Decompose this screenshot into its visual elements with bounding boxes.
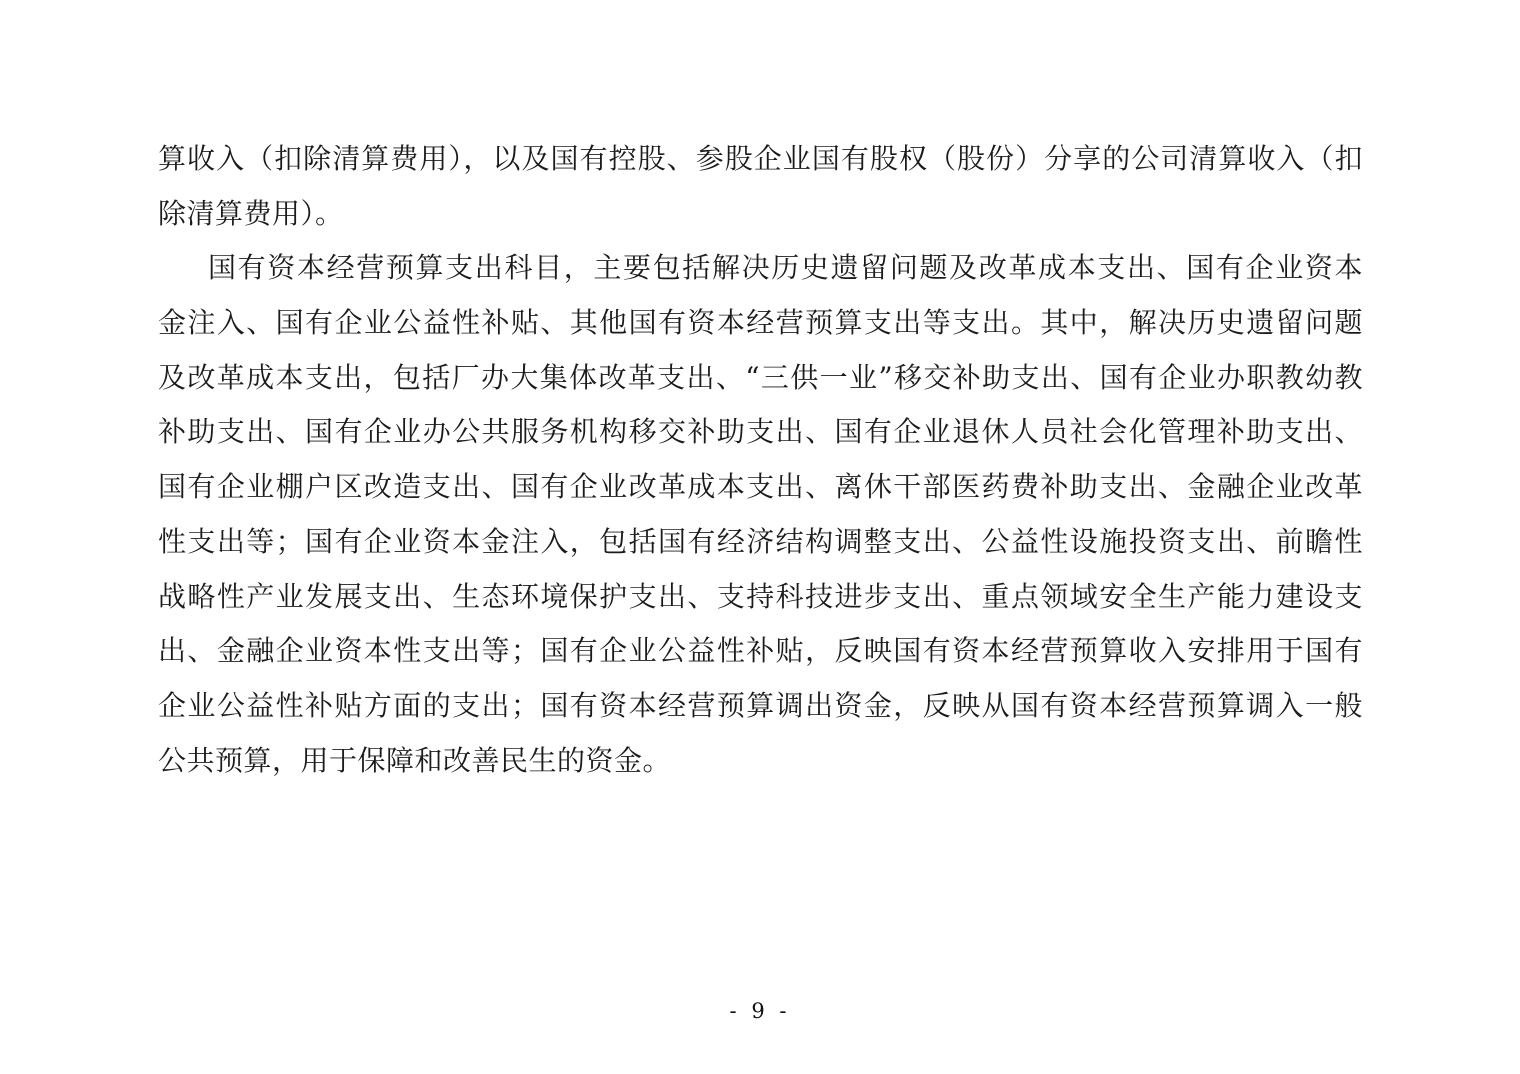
text-line-5: 及改革成本支出，包括厂办大集体改革支出、“三供一业”移交补助支出、国有企业办职教… <box>158 351 1363 406</box>
text-line-3: 国有资本经营预算支出科目，主要包括解决历史遗留问题及改革成本支出、国有企业资本 <box>158 241 1363 296</box>
text-line-6: 补助支出、国有企业办公共服务机构移交补助支出、国有企业退休人员社会化管理补助支出… <box>158 405 1363 460</box>
text-line-7: 国有企业棚户区改造支出、国有企业改革成本支出、离休干部医药费补助支出、金融企业改… <box>158 460 1363 515</box>
document-page: 算收入（扣除清算费用），以及国有控股、参股企业国有股权（股份）分享的公司清算收入… <box>0 0 1520 1074</box>
text-line-9: 战略性产业发展支出、生态环境保护支出、支持科技进步支出、重点领域安全生产能力建设… <box>158 570 1363 625</box>
text-line-10: 出、金融企业资本性支出等；国有企业公益性补贴，反映国有资本经营预算收入安排用于国… <box>158 624 1363 679</box>
text-line-11: 企业公益性补贴方面的支出；国有资本经营预算调出资金，反映从国有资本经营预算调入一… <box>158 679 1363 734</box>
body-text: 算收入（扣除清算费用），以及国有控股、参股企业国有股权（股份）分享的公司清算收入… <box>158 132 1363 788</box>
page-number: - 9 - <box>0 996 1520 1026</box>
text-line-8: 性支出等；国有企业资本金注入，包括国有经济结构调整支出、公益性设施投资支出、前瞻… <box>158 515 1363 570</box>
text-line-4: 金注入、国有企业公益性补贴、其他国有资本经营预算支出等支出。其中，解决历史遗留问… <box>158 296 1363 351</box>
text-line-2: 除清算费用）。 <box>158 187 1363 242</box>
text-line-1: 算收入（扣除清算费用），以及国有控股、参股企业国有股权（股份）分享的公司清算收入… <box>158 132 1363 187</box>
text-line-12: 公共预算，用于保障和改善民生的资金。 <box>158 734 1363 789</box>
